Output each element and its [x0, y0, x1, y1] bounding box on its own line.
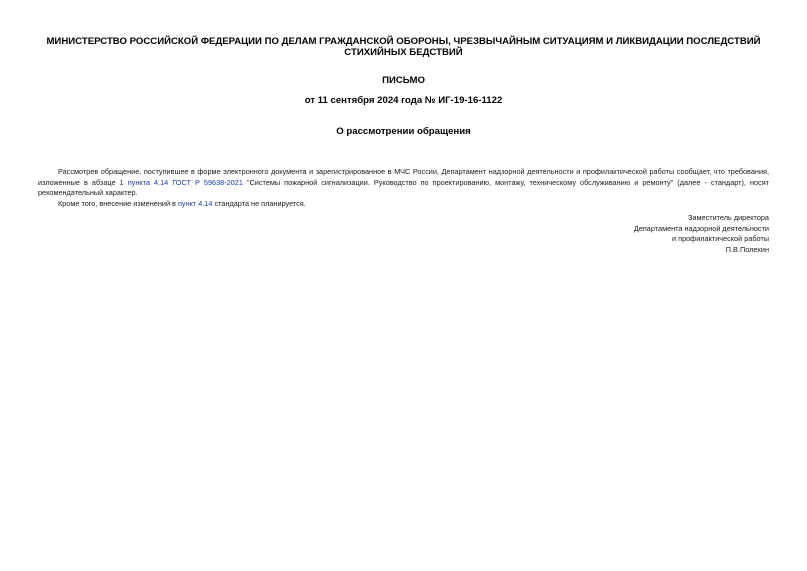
signatory-name: П.В.Полехин: [38, 245, 769, 256]
document-date-number: от 11 сентября 2024 года № ИГ-19-16-1122: [38, 95, 769, 106]
body-paragraph-2: Кроме того, внесение изменений в пункт 4…: [38, 199, 769, 210]
ministry-name: МИНИСТЕРСТВО РОССИЙСКОЙ ФЕДЕРАЦИИ ПО ДЕЛ…: [38, 36, 769, 58]
link-clause-4-14-standard[interactable]: пункт 4.14: [178, 199, 212, 208]
document-type: ПИСЬМО: [38, 75, 769, 86]
signatory-department-line-1: Департамента надзорной деятельности: [38, 224, 769, 235]
signatory-department-line-2: и профилактической работы: [38, 234, 769, 245]
signatory-position: Заместитель директора: [38, 213, 769, 224]
paragraph-2-text-start: Кроме того, внесение изменений в: [58, 199, 178, 208]
document-subject: О рассмотрении обращения: [38, 126, 769, 137]
document-body: Рассмотрев обращение, поступившее в форм…: [38, 167, 769, 209]
link-gost-r-59638-2021[interactable]: ГОСТ Р 59638-2021: [172, 178, 243, 187]
link-clause-4-14[interactable]: пункта 4.14: [128, 178, 168, 187]
body-paragraph-1: Рассмотрев обращение, поступившее в форм…: [38, 167, 769, 199]
signature-block: Заместитель директора Департамента надзо…: [38, 213, 769, 255]
document-page: МИНИСТЕРСТВО РОССИЙСКОЙ ФЕДЕРАЦИИ ПО ДЕЛ…: [38, 36, 769, 255]
paragraph-2-text-end: стандарта не планируется.: [212, 199, 305, 208]
